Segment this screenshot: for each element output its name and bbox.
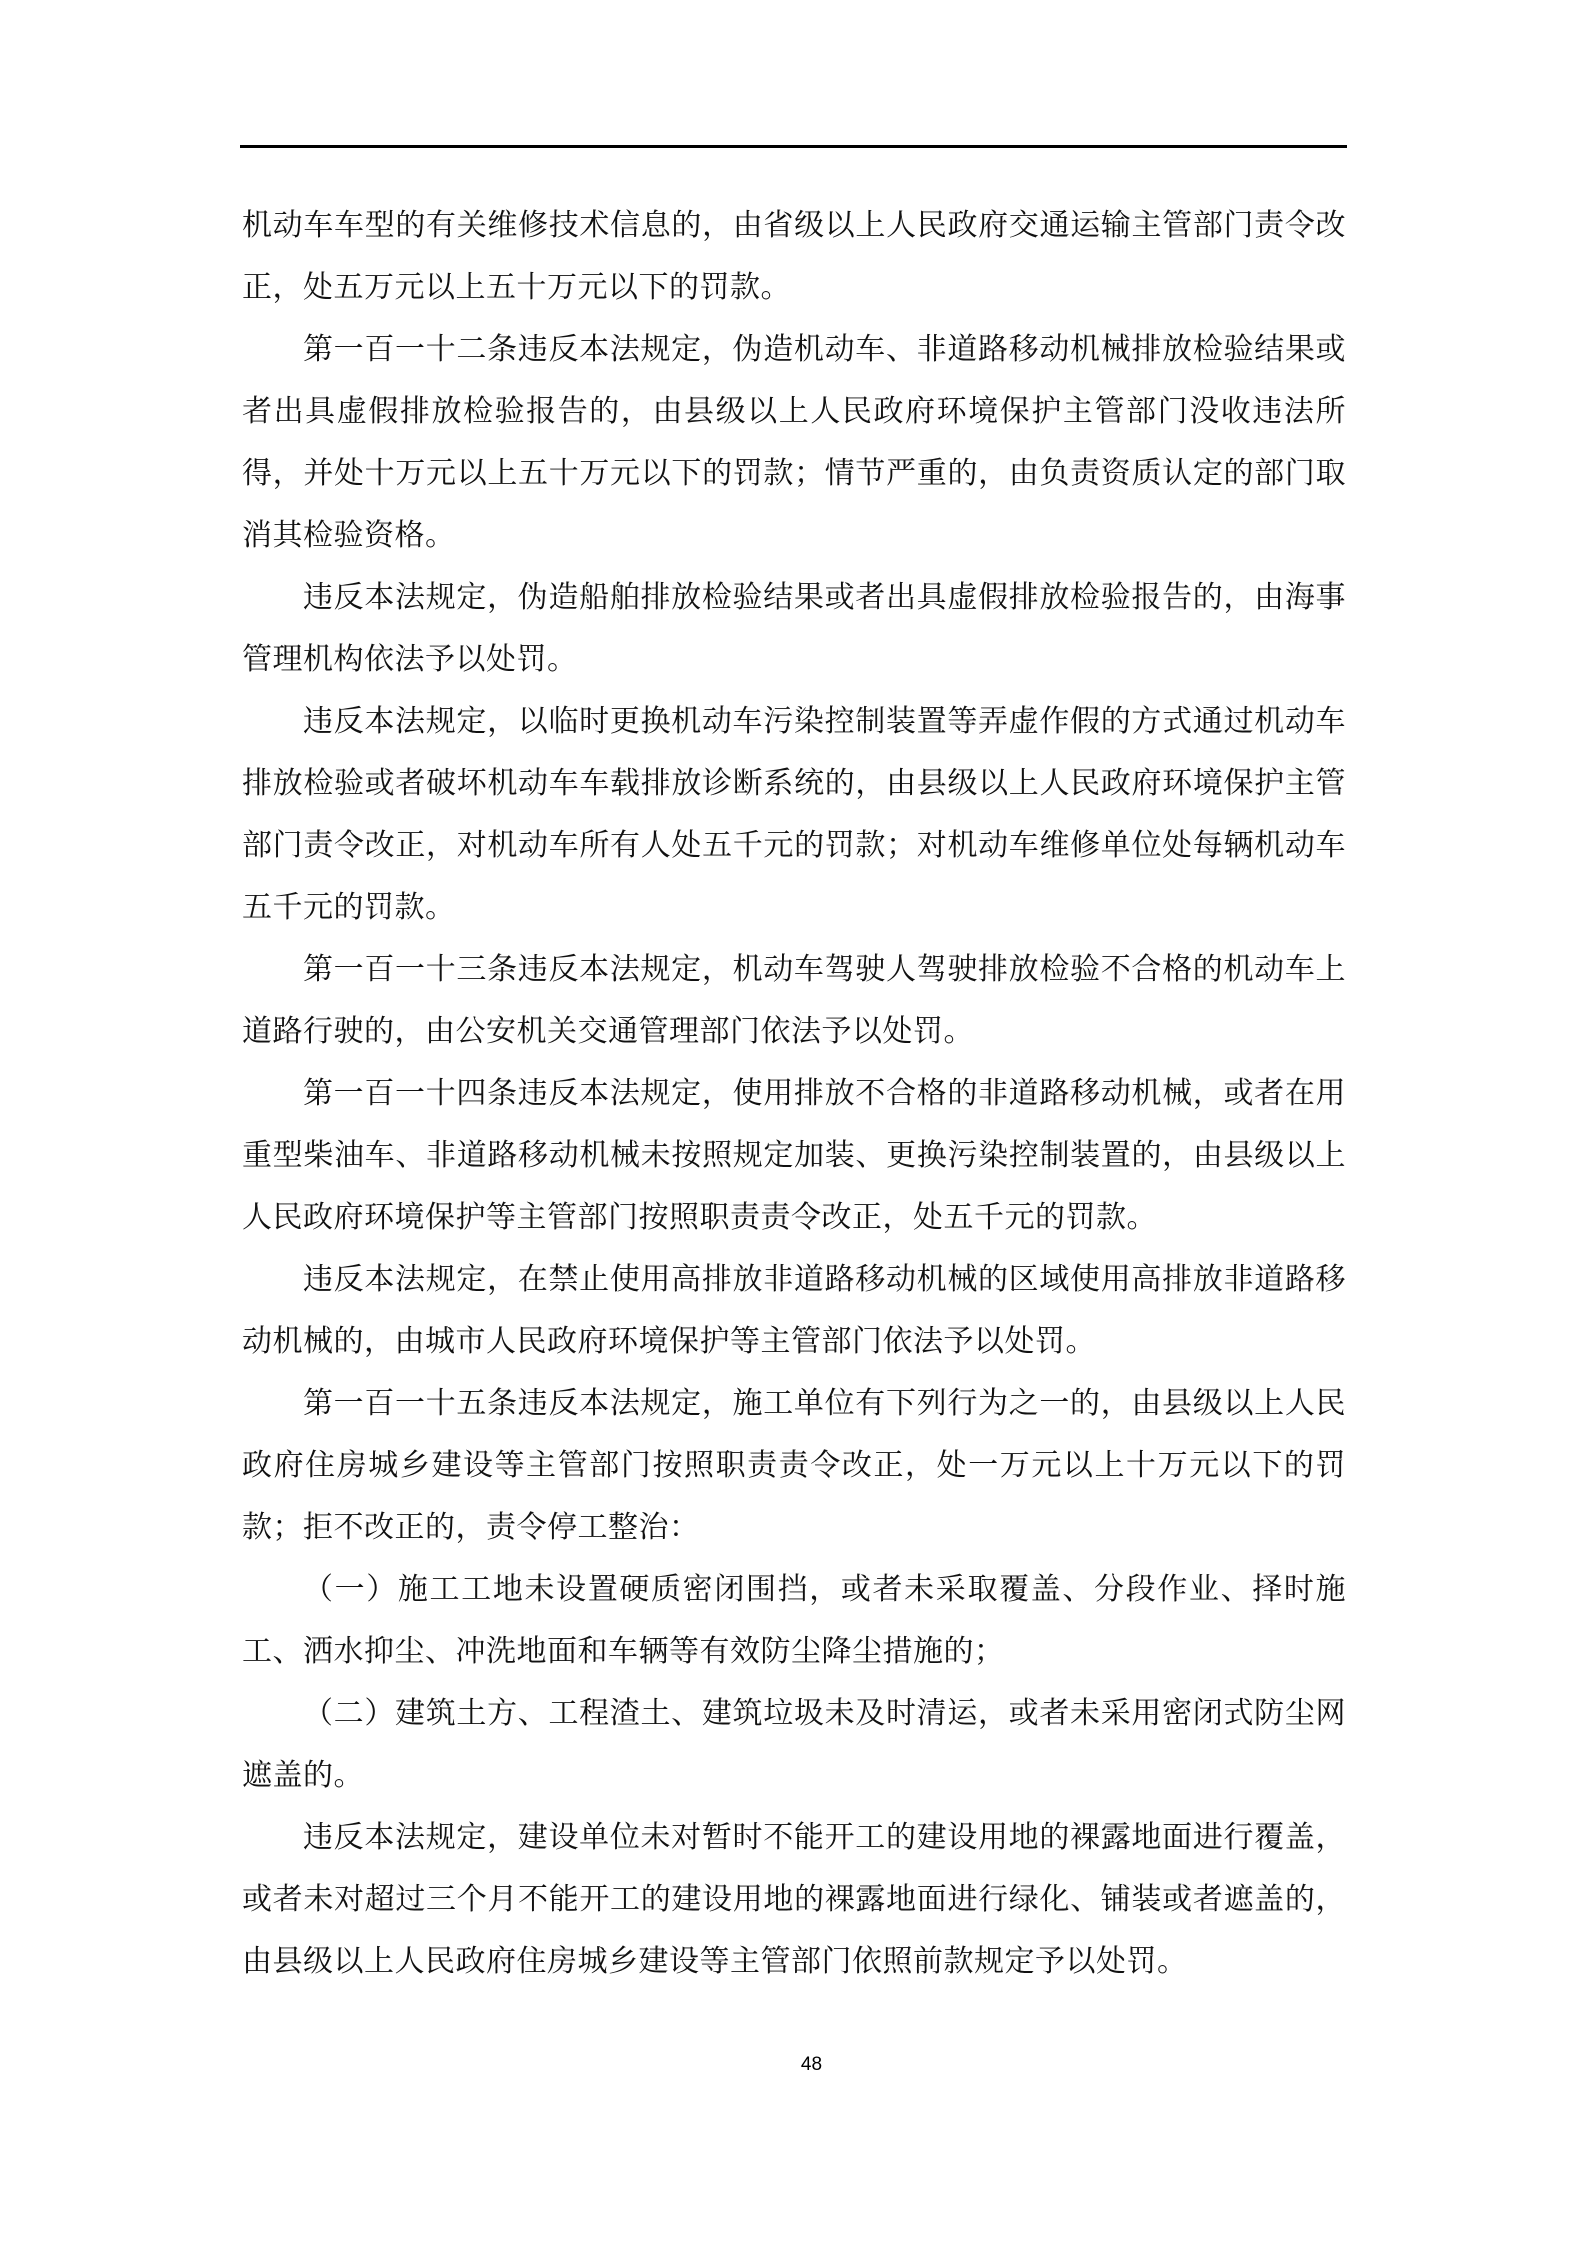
page-number: 48: [0, 2054, 1587, 2076]
header-rule: [240, 145, 1347, 148]
paragraph-article-112-ship: 违反本法规定，伪造船舶排放检验结果或者出具虚假排放检验报告的，由海事管理机构依法…: [242, 567, 1346, 691]
paragraph-article-114-restricted-area: 违反本法规定，在禁止使用高排放非道路移动机械的区域使用高排放非道路移动机械的，由…: [242, 1249, 1346, 1373]
paragraph-article-115-item-2: （二）建筑土方、工程渣土、建筑垃圾未及时清运，或者未采用密闭式防尘网遮盖的。: [242, 1683, 1346, 1807]
paragraph-article-114: 第一百一十四条违反本法规定，使用排放不合格的非道路移动机械，或者在用重型柴油车、…: [242, 1063, 1346, 1249]
paragraph-article-112-tampering: 违反本法规定，以临时更换机动车污染控制装置等弄虚作假的方式通过机动车排放检验或者…: [242, 691, 1346, 939]
paragraph-article-115-item-1: （一）施工工地未设置硬质密闭围挡，或者未采取覆盖、分段作业、择时施工、洒水抑尘、…: [242, 1559, 1346, 1683]
paragraph-article-115-developer: 违反本法规定，建设单位未对暂时不能开工的建设用地的裸露地面进行覆盖，或者未对超过…: [242, 1807, 1346, 1993]
document-page: 机动车车型的有关维修技术信息的，由省级以上人民政府交通运输主管部门责令改正，处五…: [0, 0, 1587, 2245]
body-text: 机动车车型的有关维修技术信息的，由省级以上人民政府交通运输主管部门责令改正，处五…: [242, 195, 1346, 1993]
paragraph-continuation: 机动车车型的有关维修技术信息的，由省级以上人民政府交通运输主管部门责令改正，处五…: [242, 195, 1346, 319]
paragraph-article-113: 第一百一十三条违反本法规定，机动车驾驶人驾驶排放检验不合格的机动车上道路行驶的，…: [242, 939, 1346, 1063]
paragraph-article-115: 第一百一十五条违反本法规定，施工单位有下列行为之一的，由县级以上人民政府住房城乡…: [242, 1373, 1346, 1559]
paragraph-article-112: 第一百一十二条违反本法规定，伪造机动车、非道路移动机械排放检验结果或者出具虚假排…: [242, 319, 1346, 567]
